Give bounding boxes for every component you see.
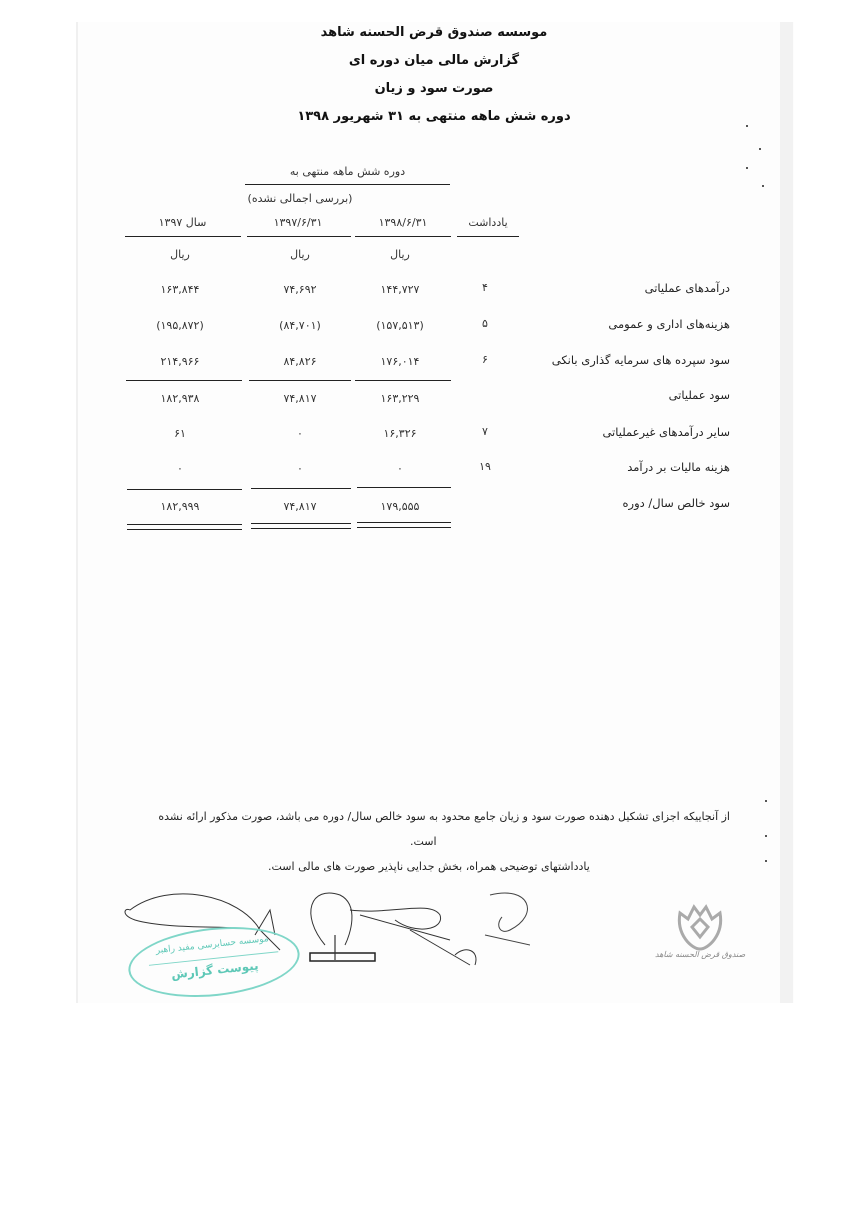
header-underline-1397-6 — [247, 236, 351, 237]
row-label: هزینه‌های اداری و عمومی — [608, 317, 730, 331]
row-value-year-1397: ۱۸۲,۹۹۹ — [120, 500, 240, 513]
header-underline-1398 — [355, 236, 451, 237]
row-value-1397-6: ۷۴,۸۱۷ — [240, 500, 360, 513]
double-underline-year-1397 — [127, 524, 242, 530]
subtotal-line-1398 — [355, 380, 451, 381]
scan-dot — [762, 185, 764, 187]
row-value-year-1397: (۱۹۵,۸۷۲) — [120, 319, 240, 332]
row-note: ۴ — [470, 281, 500, 294]
row-value-1397-6: (۸۴,۷۰۱) — [240, 319, 360, 332]
scan-dot — [746, 125, 748, 127]
col-header-1397-6: ۱۳۹۷/۶/۳۱ — [245, 216, 351, 229]
col-header-year-1397: سال ۱۳۹۷ — [125, 216, 240, 229]
group-header-underline — [245, 184, 450, 185]
row-label: سود سپرده های سرمایه گذاری بانکی — [552, 353, 730, 367]
row-value-year-1397: ۱۶۳,۸۴۴ — [120, 283, 240, 296]
logo-caption: صندوق قرض الحسنه شاهد — [655, 950, 745, 959]
total-line-year-1397 — [127, 489, 242, 490]
subtotal-line-1397-6 — [249, 380, 351, 381]
period-title: دوره شش ماهه منتهی به ۳۱ شهریور ۱۳۹۸ — [0, 109, 868, 124]
footer-note-line2: است. — [410, 835, 437, 848]
footer-note-line3: یادداشتهای توضیحی همراه، بخش جدایی ناپذی… — [268, 860, 590, 873]
scan-dot — [765, 860, 767, 862]
double-underline-1398 — [357, 522, 451, 528]
subtotal-line-year-1397 — [126, 380, 242, 381]
row-value-1397-6: ۰ — [240, 462, 360, 475]
row-value-year-1397: ۱۸۲,۹۳۸ — [120, 392, 240, 405]
row-value-1397-6: ۷۴,۸۱۷ — [240, 392, 360, 405]
row-value-year-1397: ۲۱۴,۹۶۶ — [120, 355, 240, 368]
review-note: (بررسی اجمالی نشده) — [245, 192, 355, 205]
org-name: موسسه صندوق قرض الحسنه شاهد — [0, 25, 868, 40]
unit-year-1397: ریال — [120, 248, 240, 261]
scan-dot — [746, 167, 748, 169]
row-value-1397-6: ۰ — [240, 427, 360, 440]
footer-note-line1: از آنجاییکه اجزای تشکیل دهنده صورت سود و… — [158, 810, 730, 823]
group-header: دوره شش ماهه منتهی به — [245, 165, 450, 178]
row-label: سود خالص سال/ دوره — [623, 496, 731, 510]
row-value-1397-6: ۸۴,۸۲۶ — [240, 355, 360, 368]
row-label: درآمدهای عملیاتی — [645, 281, 730, 295]
col-header-1398: ۱۳۹۸/۶/۳۱ — [355, 216, 451, 229]
page-edge-shadow — [780, 22, 793, 1003]
row-note: ۵ — [470, 317, 500, 330]
double-underline-1397-6 — [251, 523, 351, 529]
row-value-year-1397: ۶۱ — [120, 427, 240, 440]
statement-title: صورت سود و زیان — [0, 81, 868, 96]
report-type: گزارش مالی میان دوره ای — [0, 53, 868, 68]
header-underline-year-1397 — [125, 236, 241, 237]
unit-1397-6: ریال — [240, 248, 360, 261]
col-header-note: یادداشت — [458, 216, 518, 229]
row-note: ۱۹ — [470, 460, 500, 473]
row-label: سود عملیاتی — [669, 388, 730, 402]
row-value-1397-6: ۷۴,۶۹۲ — [240, 283, 360, 296]
total-line-1397-6 — [251, 488, 351, 489]
scan-dot — [765, 800, 767, 802]
row-label: هزینه مالیات بر درآمد — [627, 460, 730, 474]
row-label: سایر درآمدهای غیرعملیاتی — [602, 425, 730, 439]
row-note: ۷ — [470, 425, 500, 438]
scan-dot — [759, 148, 761, 150]
total-line-1398 — [357, 487, 451, 488]
row-note: ۶ — [470, 353, 500, 366]
row-value-year-1397: ۰ — [120, 462, 240, 475]
header-underline-note — [457, 236, 519, 237]
stamp-line2: پیوست گزارش — [149, 951, 280, 983]
scan-dot — [765, 835, 767, 837]
fund-logo-icon — [672, 895, 728, 951]
